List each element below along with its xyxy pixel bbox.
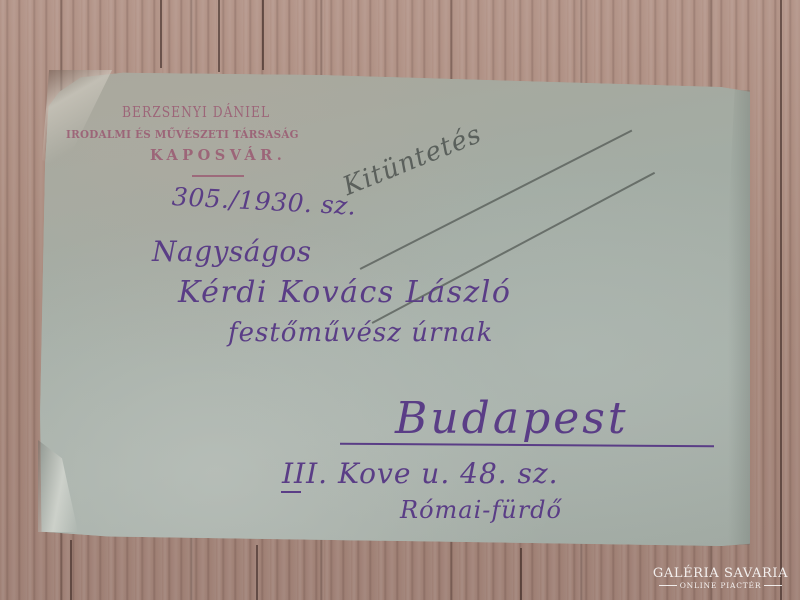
address-street: III. Kove u. 48. sz. bbox=[282, 457, 559, 490]
address-salutation: Nagyságos bbox=[152, 235, 312, 268]
recipient-title: festőművész úrnak bbox=[228, 318, 493, 348]
watermark: Galéria Savaria online piactér bbox=[648, 566, 793, 590]
watermark-dash bbox=[764, 585, 782, 586]
sender-stamp-rule bbox=[192, 175, 244, 177]
envelope: Berzsenyi Dániel Irodalmi és Művészeti T… bbox=[0, 0, 800, 600]
watermark-sub: online piactér bbox=[680, 581, 762, 590]
watermark-sub-row: online piactér bbox=[648, 581, 793, 590]
watermark-main: Galéria Savaria bbox=[648, 566, 793, 581]
address-district: Római-fürdő bbox=[400, 496, 562, 524]
sender-stamp-line1: Berzsenyi Dániel bbox=[122, 103, 270, 121]
watermark-dash bbox=[659, 585, 677, 586]
sender-stamp-line2: Irodalmi és Művészeti Társaság bbox=[66, 127, 299, 141]
address-city: Budapest bbox=[395, 393, 629, 444]
recipient-name: Kérdi Kovács László bbox=[178, 275, 511, 310]
district-underline bbox=[281, 491, 301, 493]
sender-stamp-line3: Kaposvár. bbox=[150, 147, 286, 164]
